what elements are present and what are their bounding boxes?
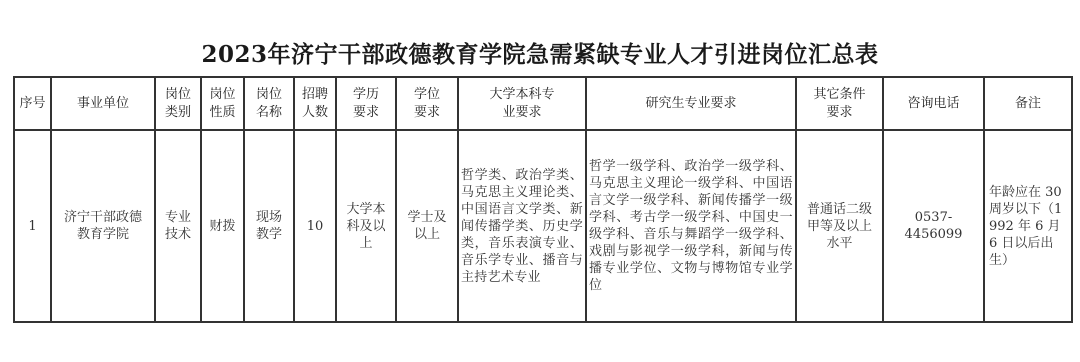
cell-post-category: 专业技术: [155, 130, 201, 322]
header-phone: 咨询电话: [883, 77, 984, 130]
table-row: 1 济宁干部政德教育学院 专业技术 财拨 现场教学 10 大学本科及以上 学士及…: [14, 130, 1072, 322]
cell-phone: 0537-4456099: [883, 130, 984, 322]
cell-post-name: 现场教学: [244, 130, 294, 322]
cell-education: 大学本科及以上: [336, 130, 396, 322]
cell-grad-major: 哲学一级学科、政治学一级学科、马克思主义理论一级学科、中国语言文学一级学科、新闻…: [586, 130, 796, 322]
header-post-name: 岗位名称: [244, 77, 294, 130]
cell-unit: 济宁干部政德教育学院: [51, 130, 155, 322]
cell-undergrad-major: 哲学类、政治学类、马克思主义理论类、中国语言文学类、新闻传播学类、历史学类，音乐…: [458, 130, 586, 322]
header-seq: 序号: [14, 77, 51, 130]
header-degree: 学位要求: [396, 77, 458, 130]
cell-other: 普通话二级甲等及以上水平: [796, 130, 883, 322]
cell-post-nature: 财拨: [201, 130, 244, 322]
positions-table: 序号 事业单位 岗位类别 岗位性质 岗位名称 招聘人数 学历要求 学位要求 大学…: [13, 76, 1073, 323]
document-title: 2023年济宁干部政德教育学院急需紧缺专业人才引进岗位汇总表: [0, 36, 1080, 69]
header-undergrad-major: 大学本科专业要求: [458, 77, 586, 130]
header-notes: 备注: [984, 77, 1072, 130]
header-education: 学历要求: [336, 77, 396, 130]
cell-degree: 学士及以上: [396, 130, 458, 322]
header-unit: 事业单位: [51, 77, 155, 130]
header-post-category: 岗位类别: [155, 77, 201, 130]
header-row: 序号 事业单位 岗位类别 岗位性质 岗位名称 招聘人数 学历要求 学位要求 大学…: [14, 77, 1072, 130]
cell-seq: 1: [14, 130, 51, 322]
header-post-nature: 岗位性质: [201, 77, 244, 130]
header-other: 其它条件要求: [796, 77, 883, 130]
header-hire-count: 招聘人数: [294, 77, 336, 130]
header-grad-major: 研究生专业要求: [586, 77, 796, 130]
cell-notes: 年龄应在 30 周岁以下（1992 年 6 月 6 日以后出生）: [984, 130, 1072, 322]
cell-hire-count: 10: [294, 130, 336, 322]
